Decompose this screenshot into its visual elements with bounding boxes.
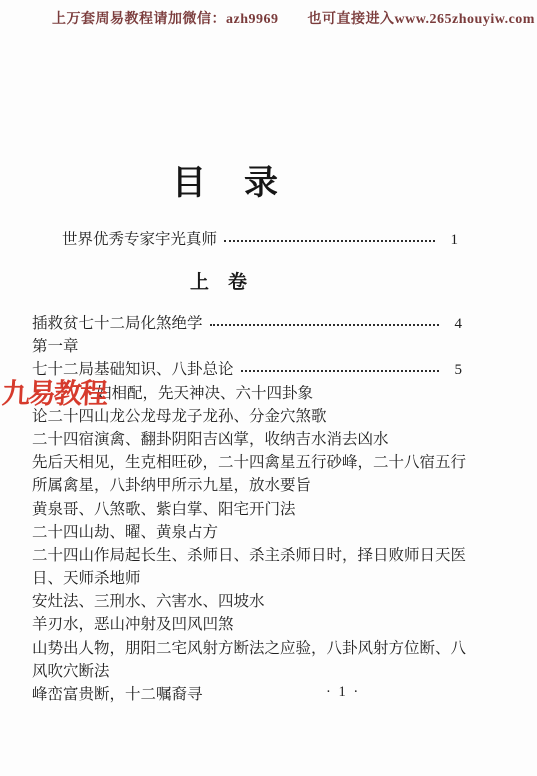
- toc-entry-text: 安灶法、三刑水、六害水、四坡水: [32, 589, 265, 611]
- toc-entry-page: 4: [446, 316, 462, 333]
- toc-entry: 二十四宿演禽、翻卦阴阳吉凶掌，收纳吉水消去凶水: [32, 427, 462, 450]
- toc-entry: 黄泉哥、八煞歌、紫白掌、阳宅开门法: [32, 497, 462, 520]
- scanned-page: 上万套周易教程请加微信：azh9969 也可直接进入www.265zhouyiw…: [0, 0, 537, 776]
- page-title: 目 录: [172, 155, 280, 204]
- toc-entry: 世界优秀专家宇光真师1: [62, 227, 458, 250]
- page-number: · 1 ·: [326, 684, 360, 701]
- toc-entry: 先后天相见，生克相旺砂，二十四禽星五行砂峰，二十八宿五行: [32, 450, 462, 473]
- toc-list: 插救贫七十二局化煞绝学4第一章七十二局基础知识、八卦总论5妇相配，先天神决、六十…: [32, 311, 462, 705]
- toc-entry: 二十四山劫、曜、黄泉占方: [32, 520, 462, 543]
- toc-entry-text: 妇相配，先天神决、六十四卦象: [96, 381, 313, 403]
- toc-entry: 安灶法、三刑水、六害水、四坡水: [32, 589, 462, 612]
- toc-entry: 山势出人物，朋阳二宅风射方断法之应验，八卦风射方位断、八: [32, 636, 462, 659]
- toc-entry-text: 世界优秀专家宇光真师: [62, 227, 217, 249]
- toc-entry-text: 风吹穴断法: [32, 659, 110, 681]
- volume-heading: 上 卷: [190, 267, 247, 294]
- toc-entry-page: 1: [442, 232, 458, 249]
- toc-entry: 峰峦富贵断，十二嘱裔寻: [32, 682, 462, 705]
- watermark-stamp: 九易教程: [1, 372, 107, 412]
- toc-entry: 第一章: [32, 334, 462, 357]
- toc-entry-text: 山势出人物，朋阳二宅风射方断法之应验，八卦风射方位断、八: [32, 636, 466, 658]
- toc-entry: 日、天师杀地师: [32, 566, 462, 589]
- toc-entry-text: 二十四山作局起长生、杀师日、杀主杀师日时，择日败师日天医: [32, 543, 466, 565]
- toc-entry-text: 二十四宿演禽、翻卦阴阳吉凶掌，收纳吉水消去凶水: [32, 427, 389, 449]
- toc-entry-text: 先后天相见，生克相旺砂，二十四禽星五行砂峰，二十八宿五行: [32, 450, 466, 472]
- toc-entry: 风吹穴断法: [32, 659, 462, 682]
- toc-entry: 二十四山作局起长生、杀师日、杀主杀师日时，择日败师日天医: [32, 543, 462, 566]
- toc-pre-volume-list: 世界优秀专家宇光真师1: [62, 227, 458, 250]
- toc-entry-text: 峰峦富贵断，十二嘱裔寻: [32, 682, 203, 704]
- toc-entry-page: 5: [446, 362, 462, 379]
- dot-leader: [241, 370, 439, 372]
- toc-entry-text: 第一章: [32, 334, 79, 356]
- toc-entry-text: 羊刃水，恶山冲射及凹风凹煞: [32, 612, 234, 634]
- toc-entry: 插救贫七十二局化煞绝学4: [32, 311, 462, 334]
- toc-entry-text: 所属禽星，八卦纳甲所示九星，放水要旨: [32, 473, 311, 495]
- toc-entry-text: 黄泉哥、八煞歌、紫白掌、阳宅开门法: [32, 497, 296, 519]
- dot-leader: [210, 324, 439, 326]
- toc-entry: 所属禽星，八卦纳甲所示九星，放水要旨: [32, 473, 462, 496]
- toc-entry-text: 二十四山劫、曜、黄泉占方: [32, 520, 218, 542]
- toc-entry-text: 日、天师杀地师: [32, 566, 141, 588]
- toc-entry-text: 插救贫七十二局化煞绝学: [32, 311, 203, 333]
- promo-header-text: 上万套周易教程请加微信：azh9969 也可直接进入www.265zhouyiw…: [52, 8, 527, 28]
- toc-entry: 羊刃水，恶山冲射及凹风凹煞: [32, 612, 462, 635]
- dot-leader: [224, 240, 435, 242]
